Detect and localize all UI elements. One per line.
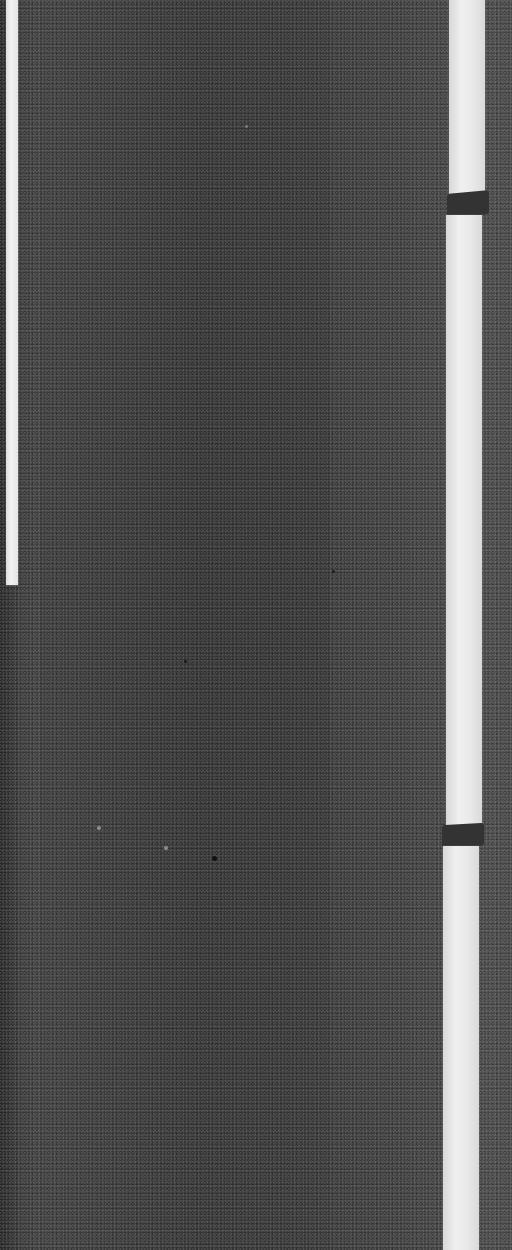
right-lane-dash bbox=[443, 846, 479, 1250]
asphalt-speck bbox=[184, 660, 187, 663]
lane-dash-gap bbox=[447, 190, 489, 218]
asphalt-speck bbox=[245, 125, 248, 128]
right-lane-dash bbox=[449, 0, 485, 195]
asphalt-speck bbox=[164, 846, 168, 850]
road-photo: Top-down grayscale photograph of an asph… bbox=[0, 0, 512, 1250]
right-lane-dash bbox=[446, 215, 482, 827]
asphalt-speck bbox=[97, 826, 101, 830]
asphalt-speck bbox=[212, 856, 217, 861]
lane-dash-gap bbox=[442, 823, 484, 848]
left-solid-lane-line bbox=[6, 0, 18, 585]
asphalt-wear-band bbox=[40, 0, 330, 1250]
asphalt-speck bbox=[332, 570, 335, 573]
